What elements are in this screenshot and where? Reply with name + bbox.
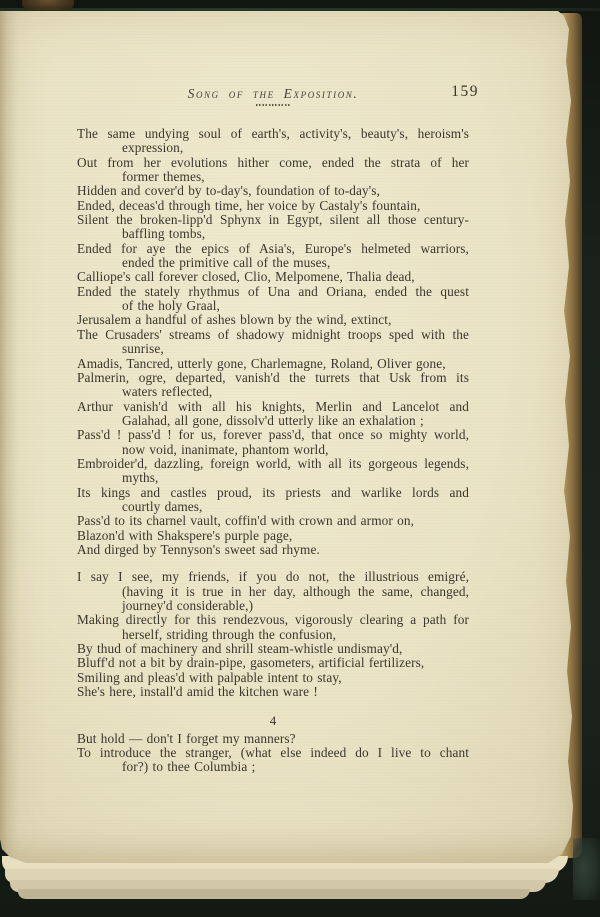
- poem-line: Galahad, all gone, dissolv'd utterly lik…: [77, 414, 469, 428]
- book-scan: Song of the Exposition. 159 The same und…: [0, 0, 600, 917]
- poem-line: To introduce the stranger, (what else in…: [77, 746, 469, 760]
- poem-line: Arthur vanish'd with all his knights, Me…: [77, 400, 469, 414]
- book-cover-edge: [0, 8, 600, 11]
- poem-line: By thud of machinery and shrill steam-wh…: [77, 642, 469, 656]
- poem-line: I say I see, my friends, if you do not, …: [77, 570, 469, 584]
- poem-line: ended the primitive call of the muses,: [77, 256, 469, 270]
- poem-line: And dirged by Tennyson's sweet sad rhyme…: [77, 543, 469, 557]
- poem-line: Out from her evolutions hither come, end…: [77, 156, 469, 170]
- poem-line: Pass'd to its charnel vault, coffin'd wi…: [77, 514, 469, 528]
- poem-line: former themes,: [77, 170, 469, 184]
- poem-line: of the holy Graal,: [77, 299, 469, 313]
- poem-line: now void, inanimate, phantom world,: [77, 443, 469, 457]
- poem-line: Its kings and castles proud, its priests…: [77, 486, 469, 500]
- poem: The same undying soul of earth's, activi…: [77, 127, 469, 775]
- poem-line: Blazon'd with Shakspere's purple page,: [77, 529, 469, 543]
- page-number: 159: [77, 83, 479, 101]
- poem-line: Embroider'd, dazzling, foreign world, wi…: [77, 457, 469, 471]
- poem-line: Pass'd ! pass'd ! for us, forever pass'd…: [77, 428, 469, 442]
- poem-line: courtly dames,: [77, 500, 469, 514]
- header-rule: [256, 104, 290, 106]
- binding-glimpse: [22, 0, 74, 10]
- header-rule-wrap: [77, 104, 469, 106]
- poem-line: She's here, install'd amid the kitchen w…: [77, 685, 469, 699]
- book-page: Song of the Exposition. 159 The same und…: [0, 11, 580, 863]
- book-cover-corner: [573, 838, 600, 900]
- poem-line: Smiling and pleas'd with palpable intent…: [77, 671, 469, 685]
- poem-line: baffling tombs,: [77, 227, 469, 241]
- section-number: 4: [77, 714, 469, 728]
- stanza: The same undying soul of earth's, activi…: [77, 127, 469, 557]
- poem-line: (having it is true in her day, although …: [77, 585, 469, 599]
- poem-line: sunrise,: [77, 342, 469, 356]
- poem-line: Ended the stately rhythmus of Una and Or…: [77, 285, 469, 299]
- stanza: But hold — don't I forget my manners?To …: [77, 732, 469, 775]
- poem-line: Ended for aye the epics of Asia's, Europ…: [77, 242, 469, 256]
- poem-line: Ended, deceas'd through time, her voice …: [77, 199, 469, 213]
- poem-line: The Crusaders' streams of shadowy midnig…: [77, 328, 469, 342]
- poem-line: Hidden and cover'd by to-day's, foundati…: [77, 184, 469, 198]
- poem-line: herself, striding through the confusion,: [77, 628, 469, 642]
- page-stack-edge: [18, 889, 530, 899]
- poem-line: Silent the broken-lipp'd Sphynx in Egypt…: [77, 213, 469, 227]
- poem-line: Bluff'd not a bit by drain-pipe, gasomet…: [77, 656, 469, 670]
- poem-line: Making directly for this rendezvous, vig…: [77, 613, 469, 627]
- poem-line: Jerusalem a handful of ashes blown by th…: [77, 313, 469, 327]
- poem-line: for?) to thee Columbia ;: [77, 760, 469, 774]
- poem-line: myths,: [77, 471, 469, 485]
- poem-line: expression,: [77, 141, 469, 155]
- poem-line: But hold — don't I forget my manners?: [77, 732, 469, 746]
- poem-line: Amadis, Tancred, utterly gone, Charlemag…: [77, 357, 469, 371]
- poem-line: Calliope's call forever closed, Clio, Me…: [77, 270, 469, 284]
- poem-line: Palmerin, ogre, departed, vanish'd the t…: [77, 371, 469, 385]
- stanza: I say I see, my friends, if you do not, …: [77, 570, 469, 699]
- poem-line: waters reflected,: [77, 385, 469, 399]
- poem-line: The same undying soul of earth's, activi…: [77, 127, 469, 141]
- poem-line: journey'd considerable,): [77, 599, 469, 613]
